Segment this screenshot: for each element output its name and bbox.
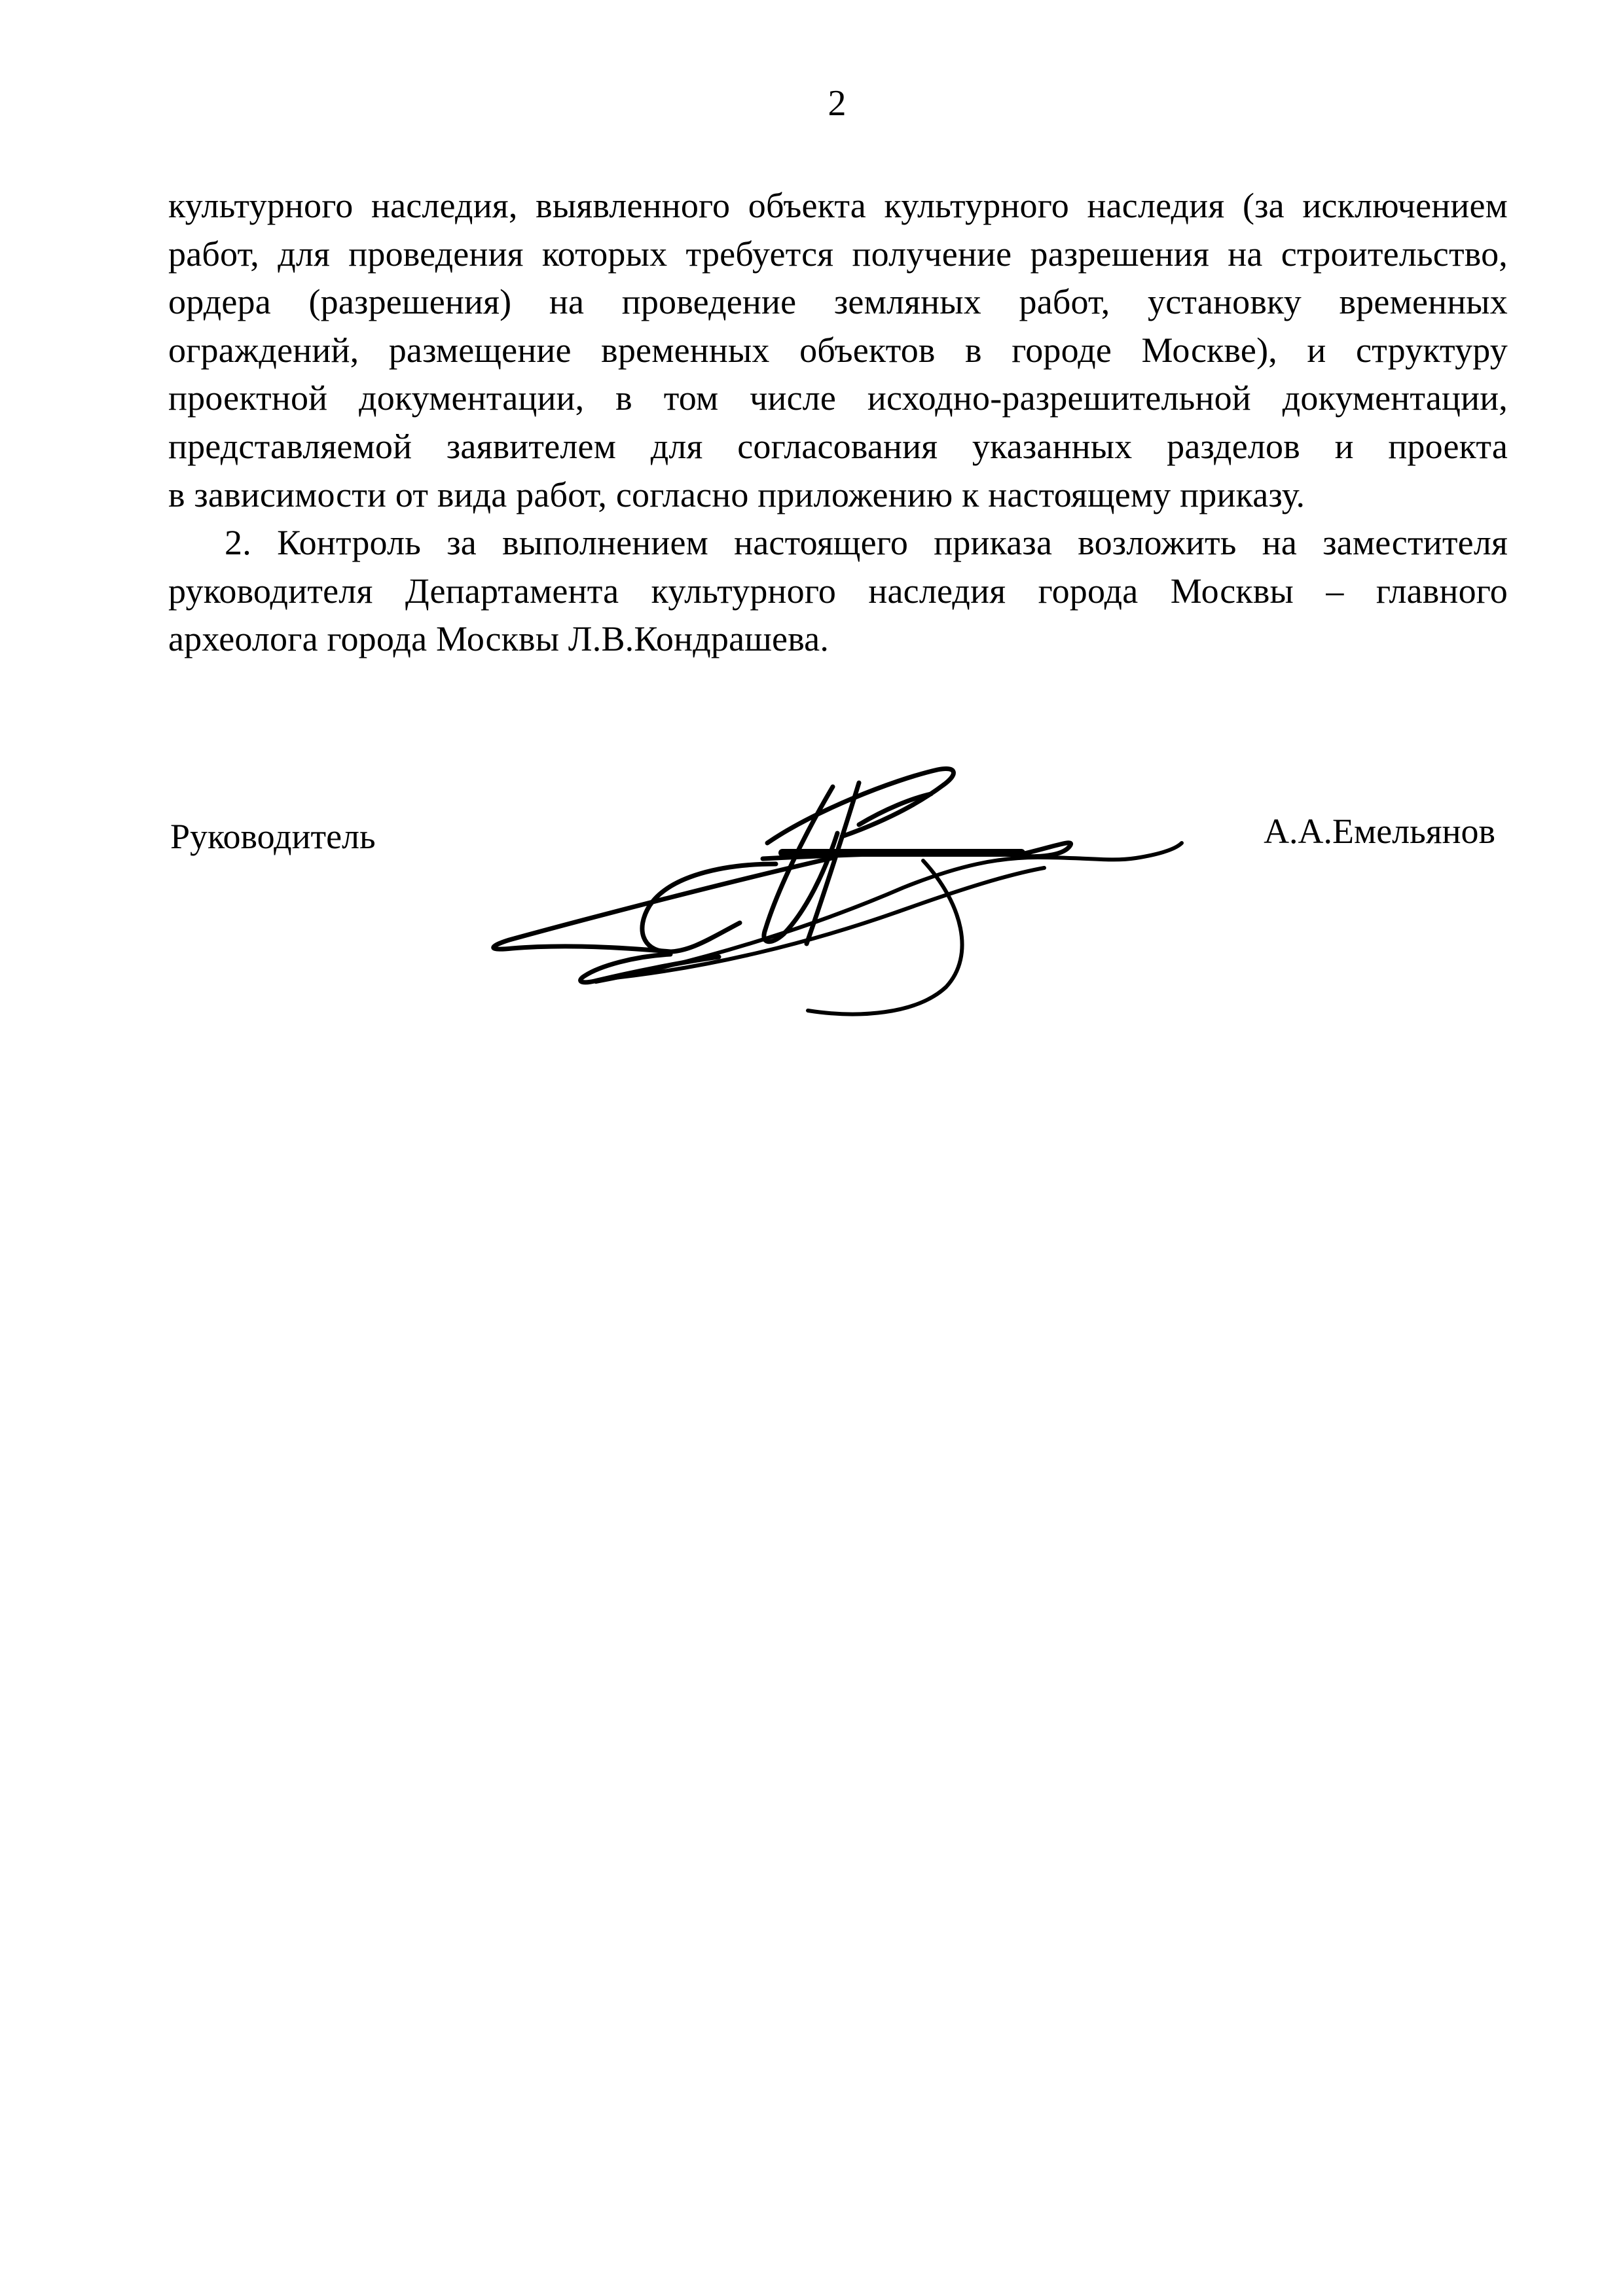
body-line: ограждений, размещение временных объекто… [168,327,1508,375]
body-line: работ, для проведения которых требуется … [168,230,1508,279]
body-line: культурного наследия, выявленного объект… [168,182,1508,230]
body-line: 2. Контроль за выполнением настоящего пр… [168,519,1508,567]
body-line: в зависимости от вида работ, согласно пр… [168,471,1508,520]
document-body: культурного наследия, выявленного объект… [168,182,1508,664]
signer-name: А.А.Емельянов [1264,808,1495,856]
body-line: руководителя Департамента культурного на… [168,567,1508,616]
body-line: археолога города Москвы Л.В.Кондрашева. [168,615,1508,664]
body-line: представляемой заявителем для согласован… [168,423,1508,471]
handwritten-signature-icon [406,746,1192,1021]
signer-role-label: Руководитель [170,813,376,861]
body-line: ордера (разрешения) на проведение землян… [168,278,1508,327]
body-line: проектной документации, в том числе исхо… [168,374,1508,423]
document-page: 2 культурного наследия, выявленного объе… [0,0,1623,2296]
page-number: 2 [0,84,1623,123]
